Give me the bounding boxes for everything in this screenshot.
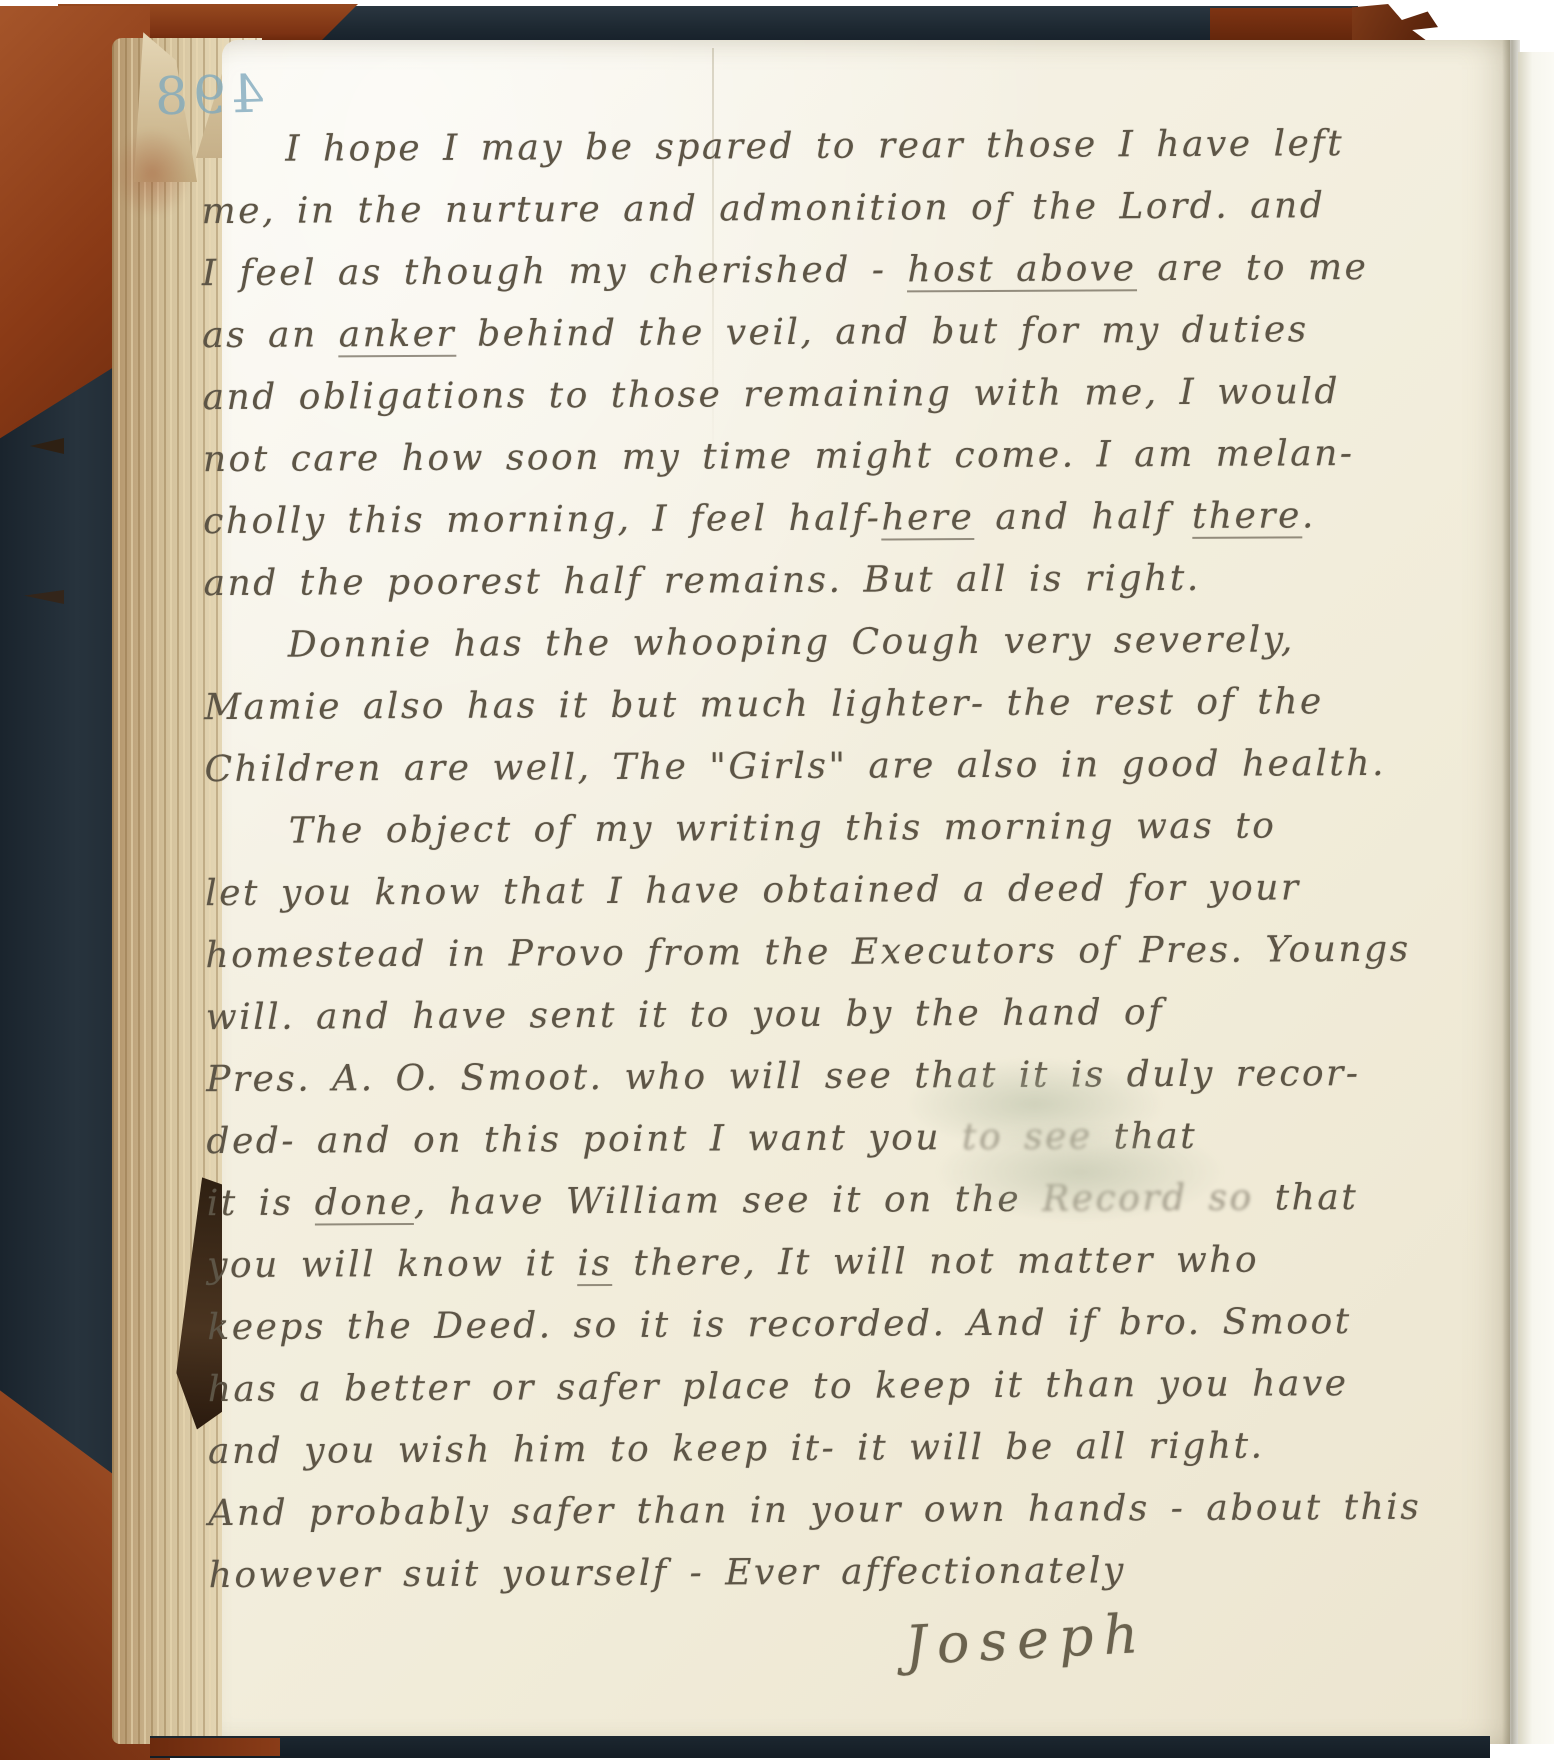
handwriting-line: as an anker behind the veil, and but for… [202,299,1382,367]
handwriting-segment: And probably safer than in your own hand… [208,1487,1421,1534]
handwriting-segment: not care how soon my time might come. I … [203,433,1355,480]
handwriting-line: will. and have sent it to you by the han… [206,981,1386,1049]
handwriting-line: Children are well, The "Girls" are also … [204,733,1384,801]
handwriting-segment: let you know that I have obtained a deed… [205,867,1301,914]
handwriting-line: however suit yourself - Ever affectionat… [209,1539,1389,1607]
handwriting-segment: here [881,497,974,540]
handwriting-line: and you wish him to keep it- it will be … [208,1415,1388,1483]
handwriting-segment: there, It will not matter who [612,1240,1259,1284]
handwriting-line: and the poorest half remains. But all is… [203,547,1383,615]
handwriting-segment: as an [202,314,339,356]
handwriting-segment: to see [962,1116,1093,1158]
handwriting-segment: Ever affectionately [725,1550,1126,1593]
handwriting-line: not care how soon my time might come. I … [203,423,1383,491]
handwriting-segment: that [1093,1116,1198,1158]
handwriting-segment: behind the veil, and but for my duties [456,309,1309,354]
leather-corner-bottom-left [150,1738,280,1756]
handwriting-segment: and you wish him to keep it- it will be … [208,1426,1265,1473]
handwriting-segment: and the poorest half remains. But all is… [203,558,1200,604]
handwriting-segment: host above [907,248,1136,292]
handwriting-segment: are to me [1136,247,1368,289]
handwriting-line: you will know it is there, It will not m… [207,1229,1387,1297]
next-page-edge [1518,52,1554,1744]
handwriting-segment: Children are well, The "Girls" are also … [204,743,1386,790]
handwriting-line: me, in the nurture and admonition of the… [201,175,1381,243]
handwriting-line: ded- and on this point I want you to see… [206,1105,1386,1173]
handwriting-segment: keeps the Deed. so it is recorded. And i… [207,1301,1351,1348]
handwriting-segment: you will know it [207,1243,578,1286]
scanned-journal-page: 498 I hope I may be spared to rear those… [0,0,1554,1760]
handwriting-segment: and half [974,496,1192,538]
letter-text: I hope I may be spared to rear those I h… [201,113,1389,1607]
handwriting-segment: has a better or safer place to keep it t… [208,1363,1349,1410]
handwriting-line: Donnie has the whooping Cough very sever… [204,609,1384,677]
handwriting-segment: Record so [1042,1178,1254,1220]
handwriting-segment: however suit yourself - [209,1552,726,1596]
handwriting-segment: that [1254,1177,1359,1219]
handwriting-segment: and obligations to those remaining with … [202,371,1340,418]
handwriting-line: and obligations to those remaining with … [202,361,1382,429]
handwriting-segment: there [1192,495,1302,539]
handwriting-line: homestead in Provo from the Executors of… [205,919,1385,987]
handwriting-segment: me, in the nurture and admonition of the… [201,185,1325,232]
handwriting-line: has a better or safer place to keep it t… [208,1353,1388,1421]
handwriting-segment: will. and have sent it to you by the han… [206,992,1164,1038]
handwriting-segment: Donnie has the whooping Cough very sever… [288,619,1295,665]
handwriting-line: let you know that I have obtained a deed… [205,857,1385,925]
handwriting-segment: anker [339,314,457,358]
handwriting-line: And probably safer than in your own hand… [208,1477,1388,1545]
handwriting-line: Pres. A. O. Smoot. who will see that it … [206,1043,1386,1111]
worn-corner-stain [112,128,192,218]
handwriting-line: I hope I may be spared to rear those I h… [201,113,1381,181]
handwriting-line: I feel as though my cherished - host abo… [202,237,1382,305]
handwriting-segment: I feel as though my cherished - [202,249,908,294]
book-cover-bottom-edge [150,1736,1490,1758]
handwriting-segment: Pres. A. O. Smoot. who will see that it … [206,1053,1361,1100]
handwriting-line: Mamie also has it but much lighter- the … [204,671,1384,739]
handwriting-line: The object of my writing this morning wa… [205,795,1385,863]
handwriting-segment: homestead in Provo from the Executors of… [205,929,1410,976]
handwriting-segment: . [1302,495,1316,536]
handwriting-line: cholly this morning, I feel half-here an… [203,485,1383,553]
handwriting-segment: it is [207,1183,315,1225]
handwriting-line: keeps the Deed. so it is recorded. And i… [207,1291,1387,1359]
handwriting-segment: is [577,1243,612,1286]
handwriting-segment: cholly this morning, I feel half- [203,498,881,543]
handwriting-segment: The object of my writing this morning wa… [289,805,1277,851]
leather-corner-top-right [1210,8,1360,44]
signature: Joseph [904,1602,1150,1678]
handwriting-segment: I hope I may be spared to rear those I h… [285,123,1344,170]
handwriting-segment: done [315,1182,414,1226]
handwriting-segment: ded- and on this point I want you [206,1117,962,1162]
handwriting-line: it is done, have William see it on the R… [207,1167,1387,1235]
handwriting-segment: , have William see it on the [414,1179,1042,1223]
handwriting-segment: Mamie also has it but much lighter- the … [204,681,1324,728]
